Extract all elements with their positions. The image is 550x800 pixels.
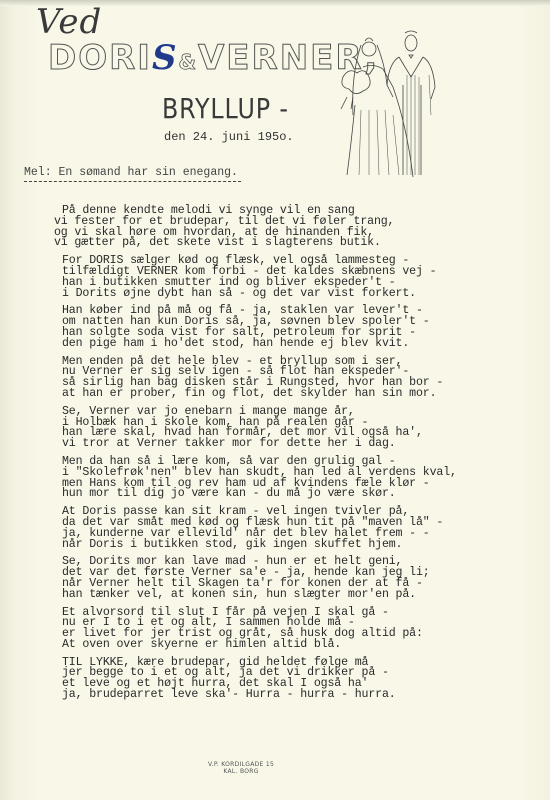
verse: TIL LYKKE, kære brudepar, gid heldet føl…	[62, 658, 532, 701]
names-part1: DORI	[48, 38, 152, 78]
verse-line: han tænker vel, at konen sin, hun slægte…	[62, 590, 532, 601]
song-verses: På denne kendte melodi vi synge vil en s…	[62, 206, 532, 708]
verse: På denne kendte melodi vi synge vil en s…	[62, 206, 532, 249]
bride-groom-illustration-icon	[325, 15, 440, 180]
verse-line: hun mor til dig jo være kan - du må jo v…	[62, 489, 532, 500]
verse-line: den pige ham i ho'det stod, han hende ej…	[62, 339, 532, 350]
verse-line: at han er prober, fin og flot, det skyld…	[62, 389, 532, 400]
melody-reference: Mel: En sømand har sin enegang.	[24, 166, 241, 182]
verse-line: når Doris i butikken stod, gik ingen sku…	[62, 540, 532, 551]
page-title: BRYLLUP -	[162, 92, 289, 125]
verse-line: At oven over skyerne er himlen altid blå…	[62, 640, 532, 651]
verse-line: vi gætter på, det skete vist i slagteren…	[54, 238, 532, 249]
printer-address: V.P. KORDILGADE 15	[208, 761, 274, 768]
verse: Men enden på det hele blev - et bryllup …	[62, 357, 532, 400]
date-line: den 24. juni 195o.	[164, 130, 294, 144]
verse: At Doris passe kan sit kram - vel ingen …	[62, 507, 532, 550]
verse-line: vi tror at Verner takker mor for dette h…	[62, 439, 532, 450]
verse: For DORIS sælger kød og flæsk, vel også …	[62, 256, 532, 299]
verse: Han køber ind på må og få - ja, staklen …	[62, 306, 532, 349]
printer-stamp: V.P. KORDILGADE 15 KAL. BORG	[208, 761, 274, 775]
verse: Se, Dorits mor kan lave mad - hun er et …	[62, 557, 532, 600]
verse: Et alvorsord til slut I får på vejen I s…	[62, 608, 532, 651]
document-page: Ved DORIS&VERNER, BRYLLUP - den 24. juni…	[0, 0, 550, 800]
handwritten-prefix: Ved	[36, 2, 102, 42]
verse: Men da han så i lære kom, så var den gru…	[62, 457, 532, 500]
ampersand: &	[179, 50, 198, 74]
pen-correction-letter: S	[152, 38, 179, 78]
verse: Se, Verner var jo enebarn i mange mange …	[62, 407, 532, 450]
printer-town: KAL. BORG	[208, 768, 274, 775]
verse-line: i Dorits øjne dybt han så - og det var v…	[62, 289, 532, 300]
verse-line: ja, brudeparret leve ska'- Hurra - hurra…	[62, 690, 532, 701]
